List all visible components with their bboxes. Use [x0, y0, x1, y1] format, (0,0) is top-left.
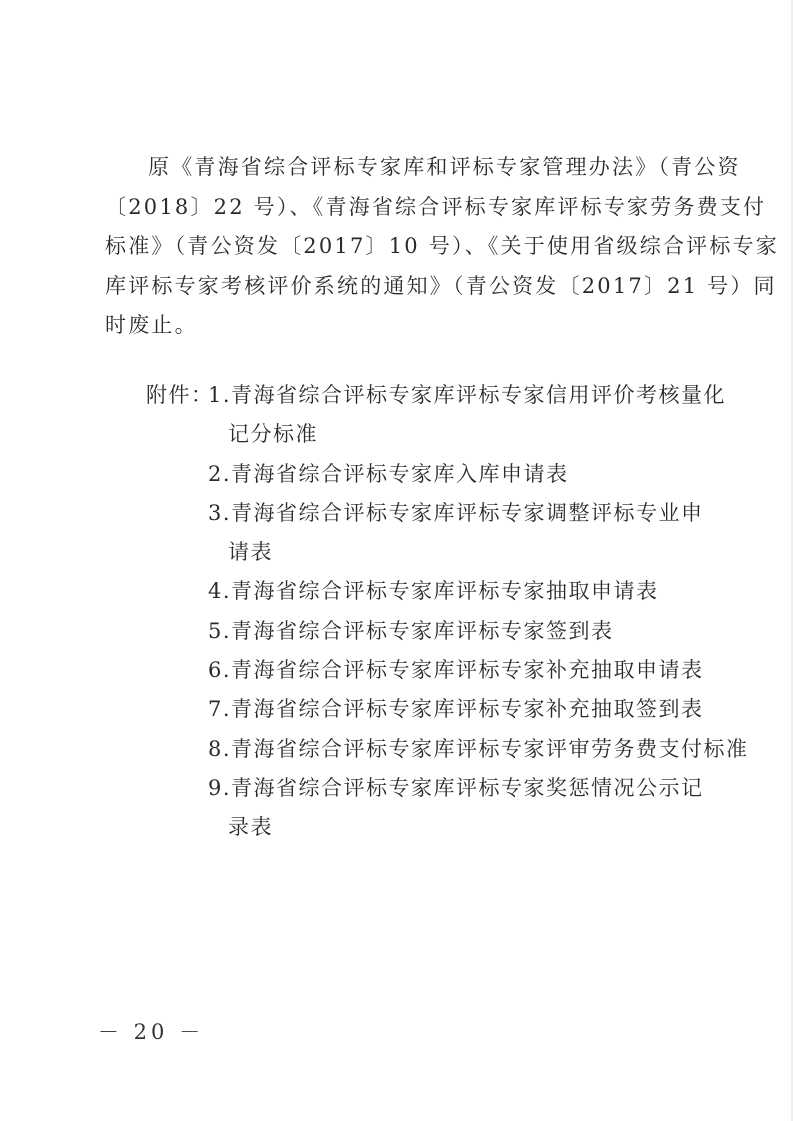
- attachment-item-9: 9.青海省综合评标专家库评标专家奖惩情况公示记 录表: [208, 769, 708, 848]
- paragraph-line: 标准》（青公资发〔2017〕10 号）、《关于使用省级综合评标专家: [105, 227, 690, 267]
- attachment-title: 3.青海省综合评标专家库评标专家调整评标专业申: [208, 501, 704, 525]
- attachment-title: 6.青海省综合评标专家库评标专家补充抽取申请表: [208, 658, 704, 682]
- attachment-item-6: 6.青海省综合评标专家库评标专家补充抽取申请表: [208, 651, 708, 690]
- attachment-title: 1.青海省综合评标专家库评标专家信用评价考核量化: [208, 383, 726, 407]
- paragraph-line: 〔2018〕22 号）、《青海省综合评标专家库评标专家劳务费支付: [105, 188, 690, 228]
- attachment-item-5: 5.青海省综合评标专家库评标专家签到表: [208, 612, 708, 651]
- paragraph-line: 时废止。: [105, 306, 690, 346]
- repeal-paragraph: 原《青海省综合评标专家库和评标专家管理办法》（青公资 〔2018〕22 号）、《…: [105, 148, 690, 346]
- paragraph-line: 库评标专家考核评价系统的通知》（青公资发〔2017〕21 号）同: [105, 267, 690, 307]
- attachments-list: 1.青海省综合评标专家库评标专家信用评价考核量化 记分标准 2.青海省综合评标专…: [208, 376, 708, 848]
- attachment-item-2: 2.青海省综合评标专家库入库申请表: [208, 455, 708, 494]
- attachment-item-7: 7.青海省综合评标专家库评标专家补充抽取签到表: [208, 690, 708, 729]
- attachment-title: 4.青海省综合评标专家库评标专家抽取申请表: [208, 579, 659, 603]
- attachment-item-3: 3.青海省综合评标专家库评标专家调整评标专业申 请表: [208, 494, 708, 573]
- attachment-title-cont: 录表: [208, 808, 708, 847]
- attachment-title: 9.青海省综合评标专家库评标专家奖惩情况公示记: [208, 776, 704, 800]
- page-number: － 20 －: [98, 1016, 204, 1046]
- attachment-item-8: 8.青海省综合评标专家库评标专家评审劳务费支付标准: [208, 730, 708, 769]
- attachment-title: 5.青海省综合评标专家库评标专家签到表: [208, 619, 614, 643]
- attachment-item-1: 1.青海省综合评标专家库评标专家信用评价考核量化 记分标准: [208, 376, 708, 455]
- attachment-title-cont: 记分标准: [208, 415, 708, 454]
- paragraph-line: 原《青海省综合评标专家库和评标专家管理办法》（青公资: [105, 148, 690, 188]
- attachment-title: 2.青海省综合评标专家库入库申请表: [208, 462, 569, 486]
- attachment-title: 7.青海省综合评标专家库评标专家补充抽取签到表: [208, 697, 704, 721]
- attachments-label: 附件：: [146, 376, 214, 415]
- attachment-item-4: 4.青海省综合评标专家库评标专家抽取申请表: [208, 572, 708, 611]
- attachment-title-cont: 请表: [208, 533, 708, 572]
- attachment-title: 8.青海省综合评标专家库评标专家评审劳务费支付标准: [208, 737, 749, 761]
